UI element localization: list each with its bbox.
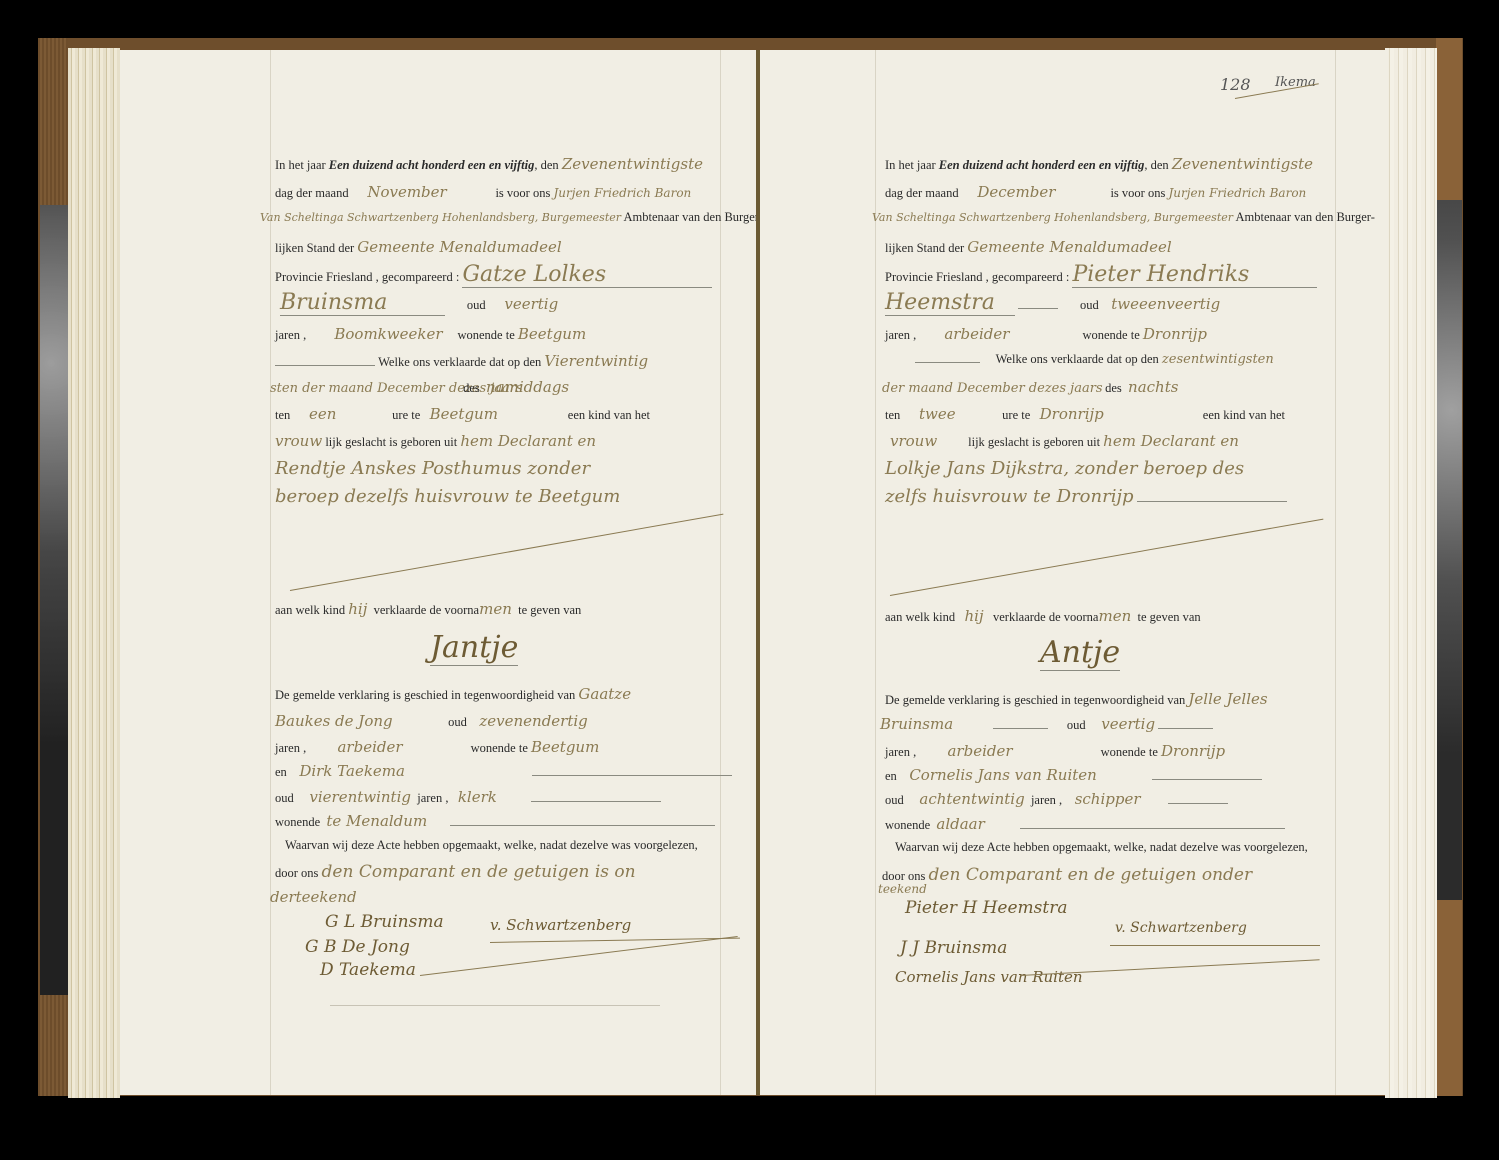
record-line-19: oud vierentwintig jaren , klerk — [275, 788, 661, 806]
right-page: 128 Ikema In het jaar Een duizend acht h… — [760, 50, 1388, 1095]
record-line-12: Rendtje Anskes Posthumus zonder — [275, 458, 590, 479]
signature-declarant: Pieter H Heemstra — [905, 898, 1067, 918]
record-line-4: lijken Stand der Gemeente Menaldumadeel — [275, 238, 562, 256]
record-line-8: Welke ons verklaarde dat op den Vierentw… — [275, 352, 648, 370]
margin-rule — [1335, 50, 1336, 1095]
record-line-15: De gemelde verklaring is geschied in teg… — [885, 690, 1268, 708]
record-line-18: en Cornelis Jans van Ruiten — [885, 766, 1262, 784]
signature-flourish — [1110, 945, 1320, 946]
cloth-binding-right-top — [1436, 38, 1462, 203]
record-line-3: Van Scheltinga Schwartzenberg Hohenlands… — [260, 210, 763, 225]
record-line-6: Heemstra oud tweeenveertig — [885, 290, 1220, 316]
record-line-5: Provincie Friesland , gecompareerd : Gat… — [275, 262, 712, 288]
signature-declarant: G L Bruinsma — [325, 912, 444, 932]
signature-registrar: v. Schwartzenberg — [1115, 920, 1247, 936]
record-line-4: lijken Stand der Gemeente Menaldumadeel — [885, 238, 1172, 256]
record-line-18: en Dirk Taekema — [275, 762, 732, 780]
signature-flourish — [420, 936, 738, 976]
record-line-20: wonende aldaar — [885, 815, 1285, 833]
record-line-10: ten een ure te Beetgum een kind van het — [275, 405, 650, 423]
record-line-1: In het jaar Een duizend acht honderd een… — [275, 155, 703, 173]
page-number: 128 — [1220, 75, 1251, 94]
left-page: In het jaar Een duizend acht honderd een… — [120, 50, 757, 1095]
record-line-13: zelfs huisvrouw te Dronrijp — [885, 486, 1287, 507]
record-line-23: teekend — [878, 882, 927, 897]
margin-rule — [875, 50, 876, 1095]
margin-rule — [270, 50, 271, 1095]
record-line-10: ten twee ure te Dronrijp een kind van he… — [885, 405, 1285, 423]
page-edges-left — [68, 48, 120, 1098]
record-line-12: Lolkje Jans Dijkstra, zonder beroep des — [885, 458, 1244, 479]
record-line-9: der maand December dezes jaars des nacht… — [882, 378, 1178, 396]
record-line-21: Waarvan wij deze Acte hebben opgemaakt, … — [285, 838, 698, 853]
record-line-16: Bruinsma oud veertig — [880, 715, 1213, 733]
record-line-7: jaren , Boomkweeker wonende te Beetgum — [275, 325, 586, 343]
record-line-17: jaren , arbeider wonende te Beetgum — [275, 738, 599, 756]
marbled-board-left — [40, 205, 68, 995]
record-line-23: derteekend — [270, 888, 357, 906]
signature-registrar: v. Schwartzenberg — [490, 916, 631, 934]
record-line-20: wonende te Menaldum — [275, 812, 715, 830]
record-line-11: vrouw lijk geslacht is geboren uit hem D… — [275, 432, 596, 450]
record-line-17: jaren , arbeider wonende te Dronrijp — [885, 742, 1225, 760]
record-line-19: oud achtentwintig jaren , schipper — [885, 790, 1228, 808]
strike-line — [290, 514, 723, 591]
record-line-16: Baukes de Jong oud zevenendertig — [275, 712, 588, 730]
signature-witness-2: Cornelis Jans van Ruiten — [895, 968, 1083, 986]
record-line-22: door ons den Comparant en de getuigen is… — [275, 862, 636, 882]
signature-witness-2: D Taekema — [320, 960, 416, 980]
record-line-22: door ons den Comparant en de getuigen on… — [882, 865, 1252, 885]
record-line-21: Waarvan wij deze Acte hebben opgemaakt, … — [895, 840, 1308, 855]
child-name: Antje — [1040, 635, 1120, 671]
strike-line — [890, 519, 1323, 596]
closing-rule — [330, 1005, 660, 1006]
record-line-8: Welke ons verklaarde dat op den zesentwi… — [915, 352, 1274, 367]
record-line-15: De gemelde verklaring is geschied in teg… — [275, 685, 631, 703]
record-line-14: aan welk kind hij verklaarde de voorname… — [885, 607, 1201, 625]
child-name: Jantje — [430, 630, 518, 666]
record-line-6: Bruinsma oud veertig — [280, 290, 558, 316]
signature-witness-1: J J Bruinsma — [900, 938, 1007, 958]
cloth-binding-right-bottom — [1436, 900, 1462, 1096]
record-line-11: vrouw lijk geslacht is geboren uit hem D… — [890, 432, 1239, 450]
record-line-3: Van Scheltinga Schwartzenberg Hohenlands… — [872, 210, 1375, 225]
record-line-2: dag der maand December is voor ons Jurje… — [885, 183, 1306, 201]
record-line-2: dag der maand November is voor ons Jurje… — [275, 183, 691, 201]
page-edges-right — [1385, 48, 1437, 1098]
marbled-board-right — [1436, 200, 1462, 900]
record-line-13: beroep dezelfs huisvrouw te Beetgum — [275, 486, 620, 507]
record-line-7: jaren , arbeider wonende te Dronrijp — [885, 325, 1207, 343]
record-line-5: Provincie Friesland , gecompareerd : Pie… — [885, 262, 1317, 288]
record-line-1: In het jaar Een duizend acht honderd een… — [885, 155, 1313, 173]
signature-witness-1: G B De Jong — [305, 937, 410, 957]
record-line-14: aan welk kind hij verklaarde de voorname… — [275, 600, 581, 618]
record-line-9: sten der maand December dezes jaars des … — [270, 378, 569, 396]
